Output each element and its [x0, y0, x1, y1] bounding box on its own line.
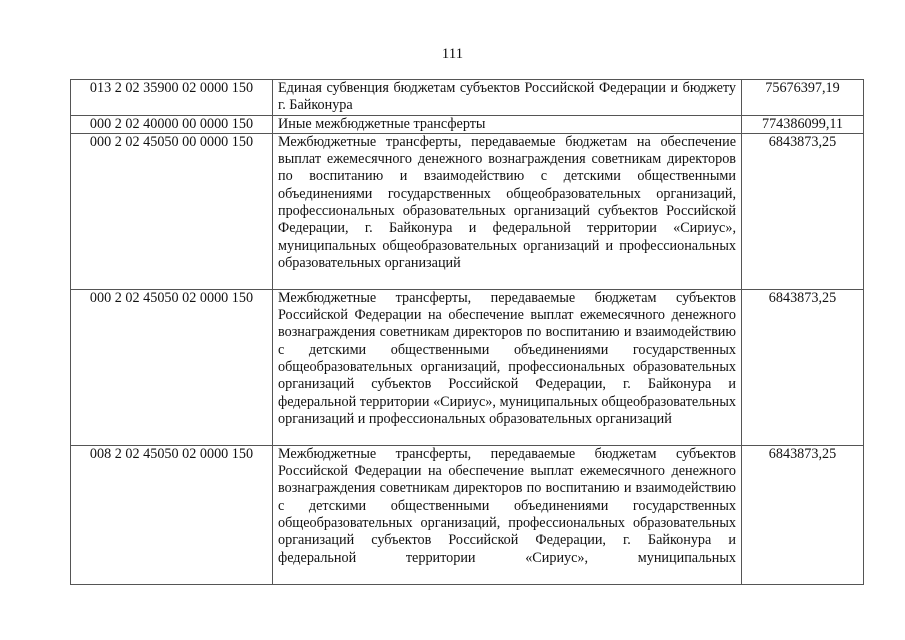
table-row: 000 2 02 45050 02 0000 150 Межбюджетные … — [71, 289, 864, 445]
page-number: 111 — [0, 46, 905, 63]
budget-code-cell: 000 2 02 40000 00 0000 150 — [71, 115, 273, 133]
budget-revenue-table: 013 2 02 35900 02 0000 150 Единая субвен… — [70, 79, 864, 585]
amount-cell: 6843873,25 — [742, 445, 864, 584]
amount-cell: 774386099,11 — [742, 115, 864, 133]
description-cell: Межбюджетные трансферты, передаваемые бю… — [273, 289, 742, 445]
description-cell: Единая субвенция бюджетам субъектов Росс… — [273, 80, 742, 116]
budget-code-cell: 000 2 02 45050 02 0000 150 — [71, 289, 273, 445]
amount-cell: 6843873,25 — [742, 289, 864, 445]
table-row: 013 2 02 35900 02 0000 150 Единая субвен… — [71, 80, 864, 116]
table-row: 000 2 02 40000 00 0000 150 Иные межбюдже… — [71, 115, 864, 133]
amount-cell: 75676397,19 — [742, 80, 864, 116]
budget-code-cell: 013 2 02 35900 02 0000 150 — [71, 80, 273, 116]
description-cell: Межбюджетные трансферты, передаваемые бю… — [273, 133, 742, 289]
description-cell: Межбюджетные трансферты, передаваемые бю… — [273, 445, 742, 584]
table-row: 008 2 02 45050 02 0000 150 Межбюджетные … — [71, 445, 864, 584]
budget-code-cell: 000 2 02 45050 00 0000 150 — [71, 133, 273, 289]
amount-cell: 6843873,25 — [742, 133, 864, 289]
description-cell: Иные межбюджетные трансферты — [273, 115, 742, 133]
budget-code-cell: 008 2 02 45050 02 0000 150 — [71, 445, 273, 584]
table-row: 000 2 02 45050 00 0000 150 Межбюджетные … — [71, 133, 864, 289]
